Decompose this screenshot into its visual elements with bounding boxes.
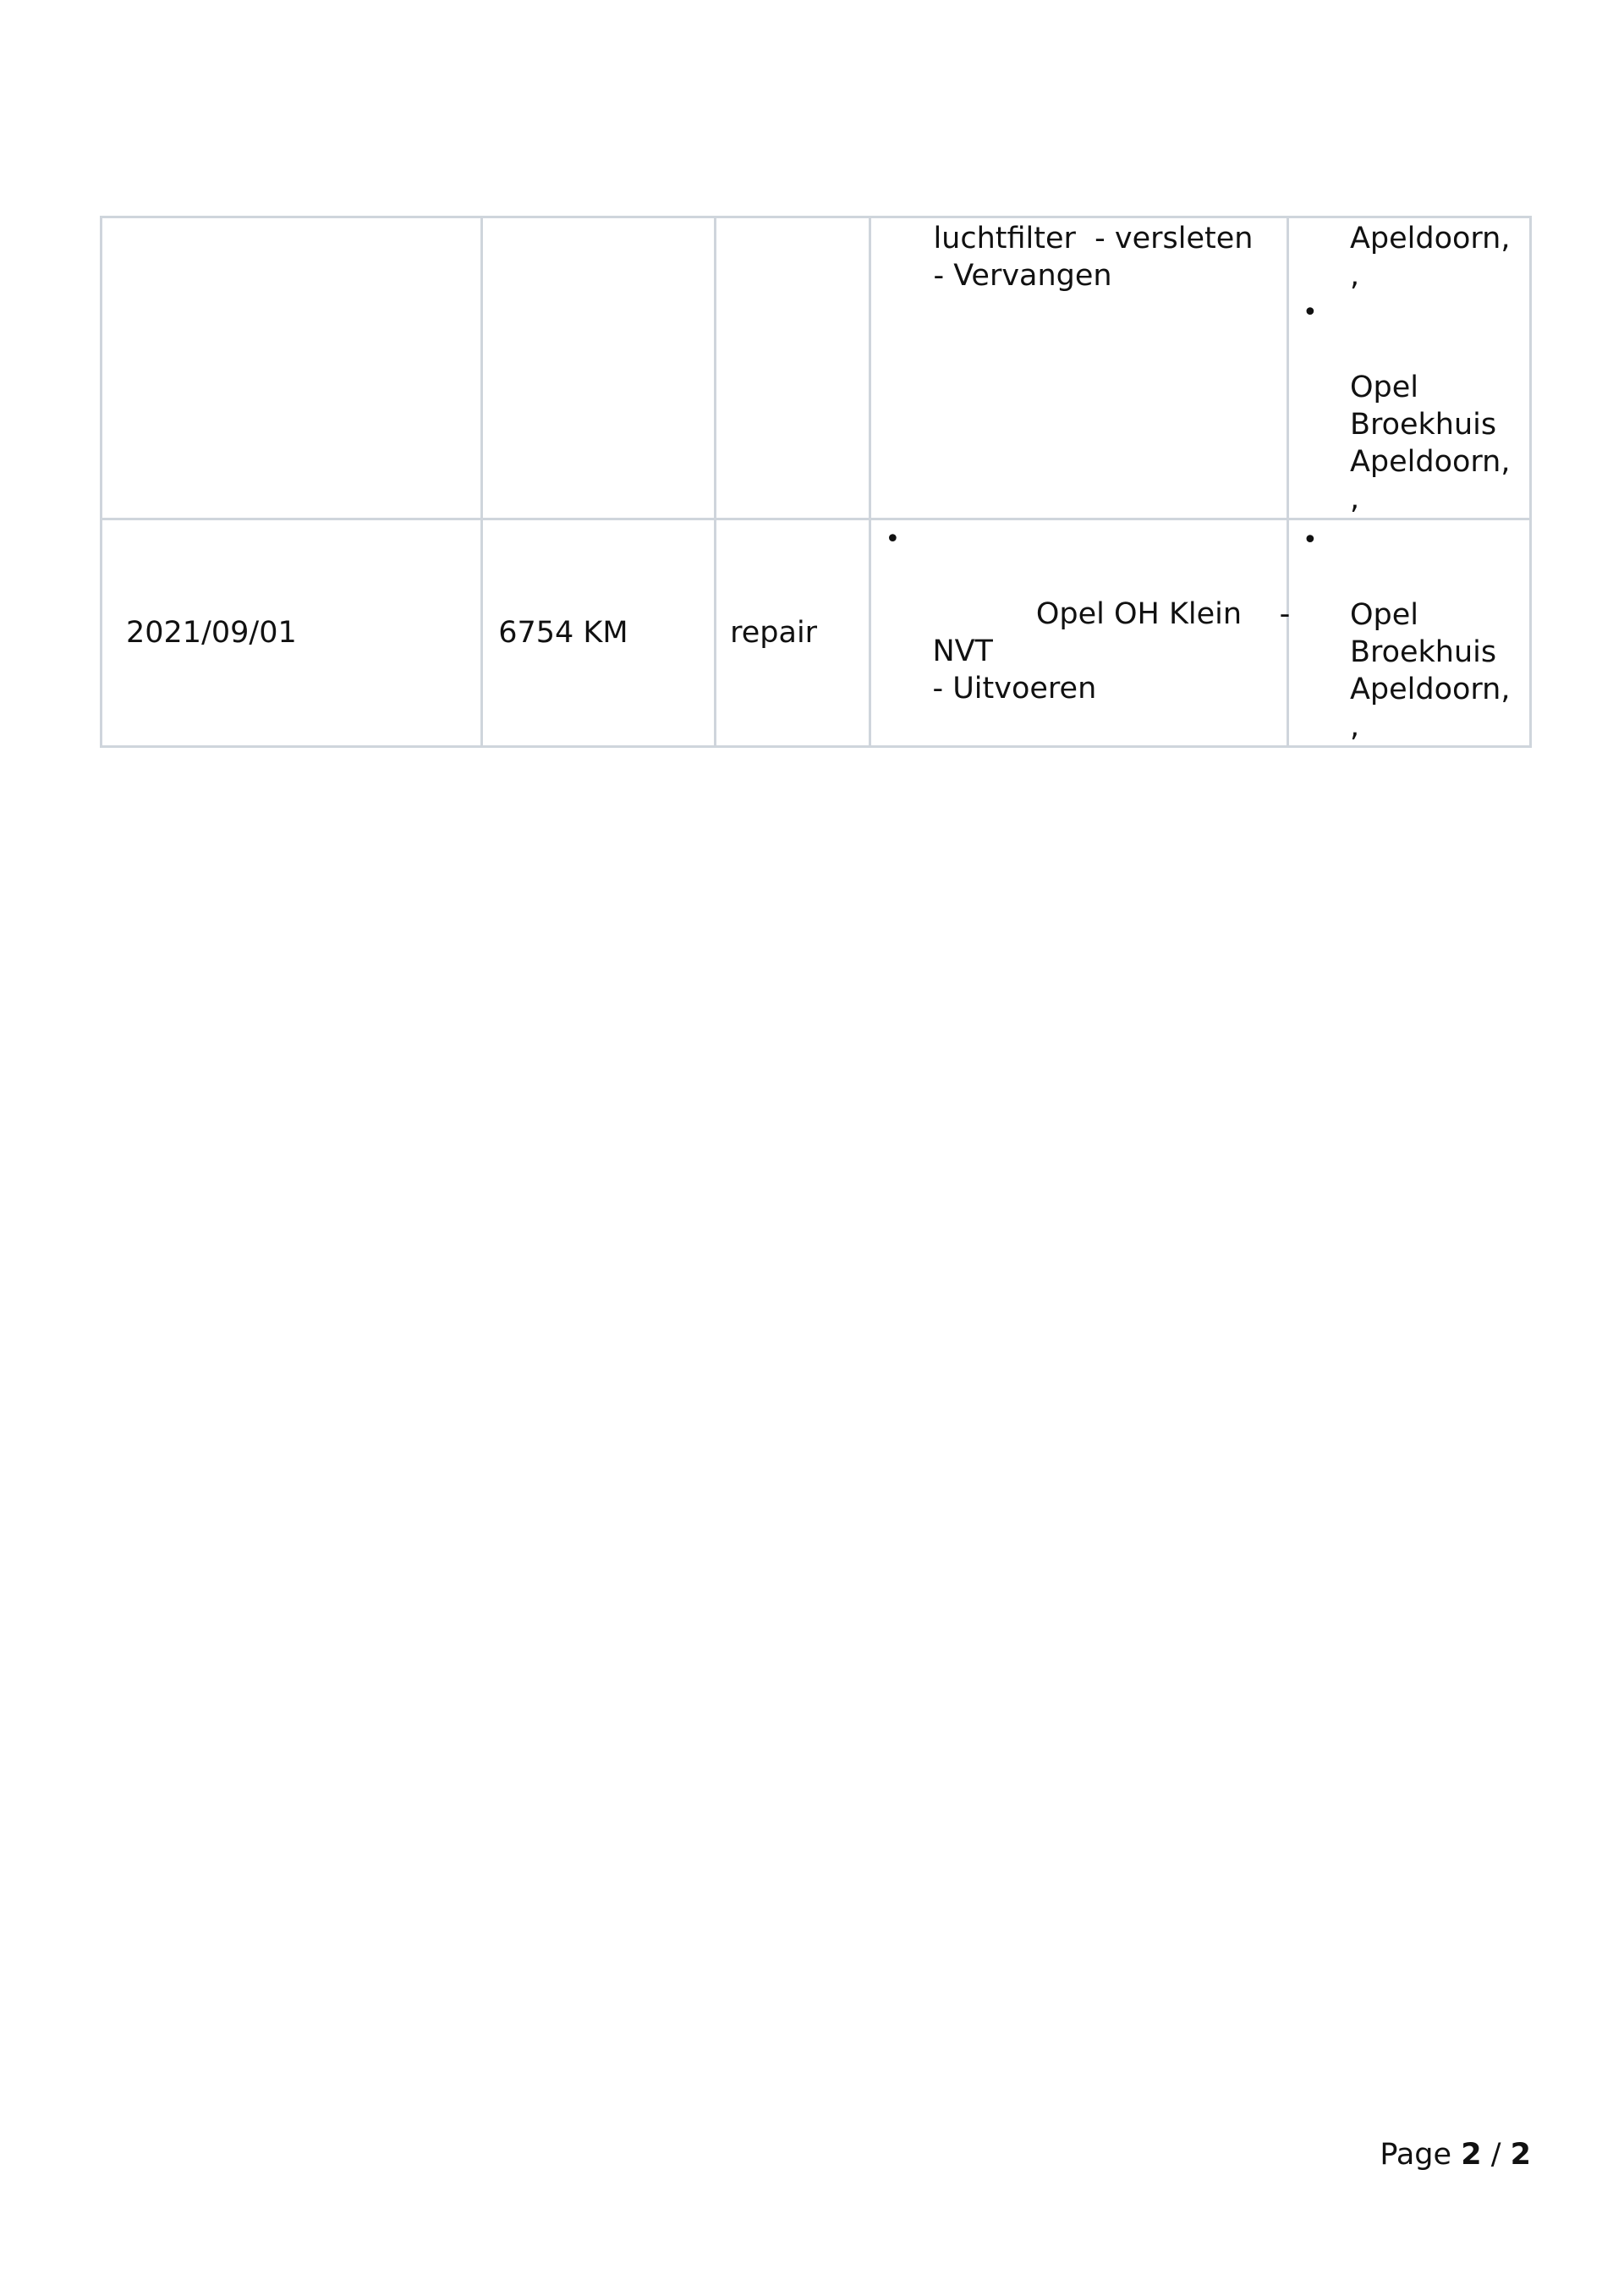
location-list: • Opel Broekhuis Apeldoorn, , (1289, 294, 1529, 518)
bullet-icon: • (1303, 522, 1318, 559)
type-cell (716, 217, 870, 519)
work-list: • Opel OH Klein - NVT - Uitvoeren (871, 521, 1287, 744)
type-cell: repair (716, 519, 870, 747)
total-pages: 2 (1511, 2138, 1531, 2172)
table-row: 2021/09/01 6754 KM repair • Opel OH Klei… (101, 519, 1531, 747)
location-cell: • Opel Broekhuis Apeldoorn, , (1287, 519, 1530, 747)
location-continued: Apeldoorn, , (1289, 218, 1529, 294)
location-list: • Opel Broekhuis Apeldoorn, , (1289, 520, 1529, 745)
bullet-icon: • (1303, 294, 1318, 332)
mileage-cell (482, 217, 716, 519)
date-cell: 2021/09/01 (101, 519, 482, 747)
mileage-cell: 6754 KM (482, 519, 716, 747)
bullet-icon: • (885, 521, 900, 558)
page-number: Page 2 / 2 (1370, 2136, 1531, 2173)
page-separator: / (1491, 2138, 1501, 2172)
table-row: luchtfilter - versleten - Vervangen Apel… (101, 217, 1531, 519)
location-text: Opel Broekhuis Apeldoorn, , (1350, 598, 1511, 744)
date-cell (101, 217, 482, 519)
work-description-continued: luchtfilter - versleten - Vervangen (871, 218, 1287, 294)
location-text: Opel Broekhuis Apeldoorn, , (1350, 371, 1511, 516)
work-text: Opel OH Klein - NVT - Uitvoeren (932, 597, 1290, 706)
list-item: • Opel Broekhuis Apeldoorn, , (1289, 522, 1529, 745)
work-cell: • Opel OH Klein - NVT - Uitvoeren (870, 519, 1288, 747)
current-page: 2 (1461, 2138, 1481, 2172)
list-item: • Opel OH Klein - NVT - Uitvoeren (871, 521, 1287, 744)
maintenance-history-table: luchtfilter - versleten - Vervangen Apel… (100, 216, 1532, 748)
page-label: Page (1380, 2138, 1451, 2172)
location-cell: Apeldoorn, , • Opel Broekhuis Apeldoorn,… (1287, 217, 1530, 519)
work-cell: luchtfilter - versleten - Vervangen (870, 217, 1288, 519)
list-item: • Opel Broekhuis Apeldoorn, , (1289, 294, 1529, 518)
